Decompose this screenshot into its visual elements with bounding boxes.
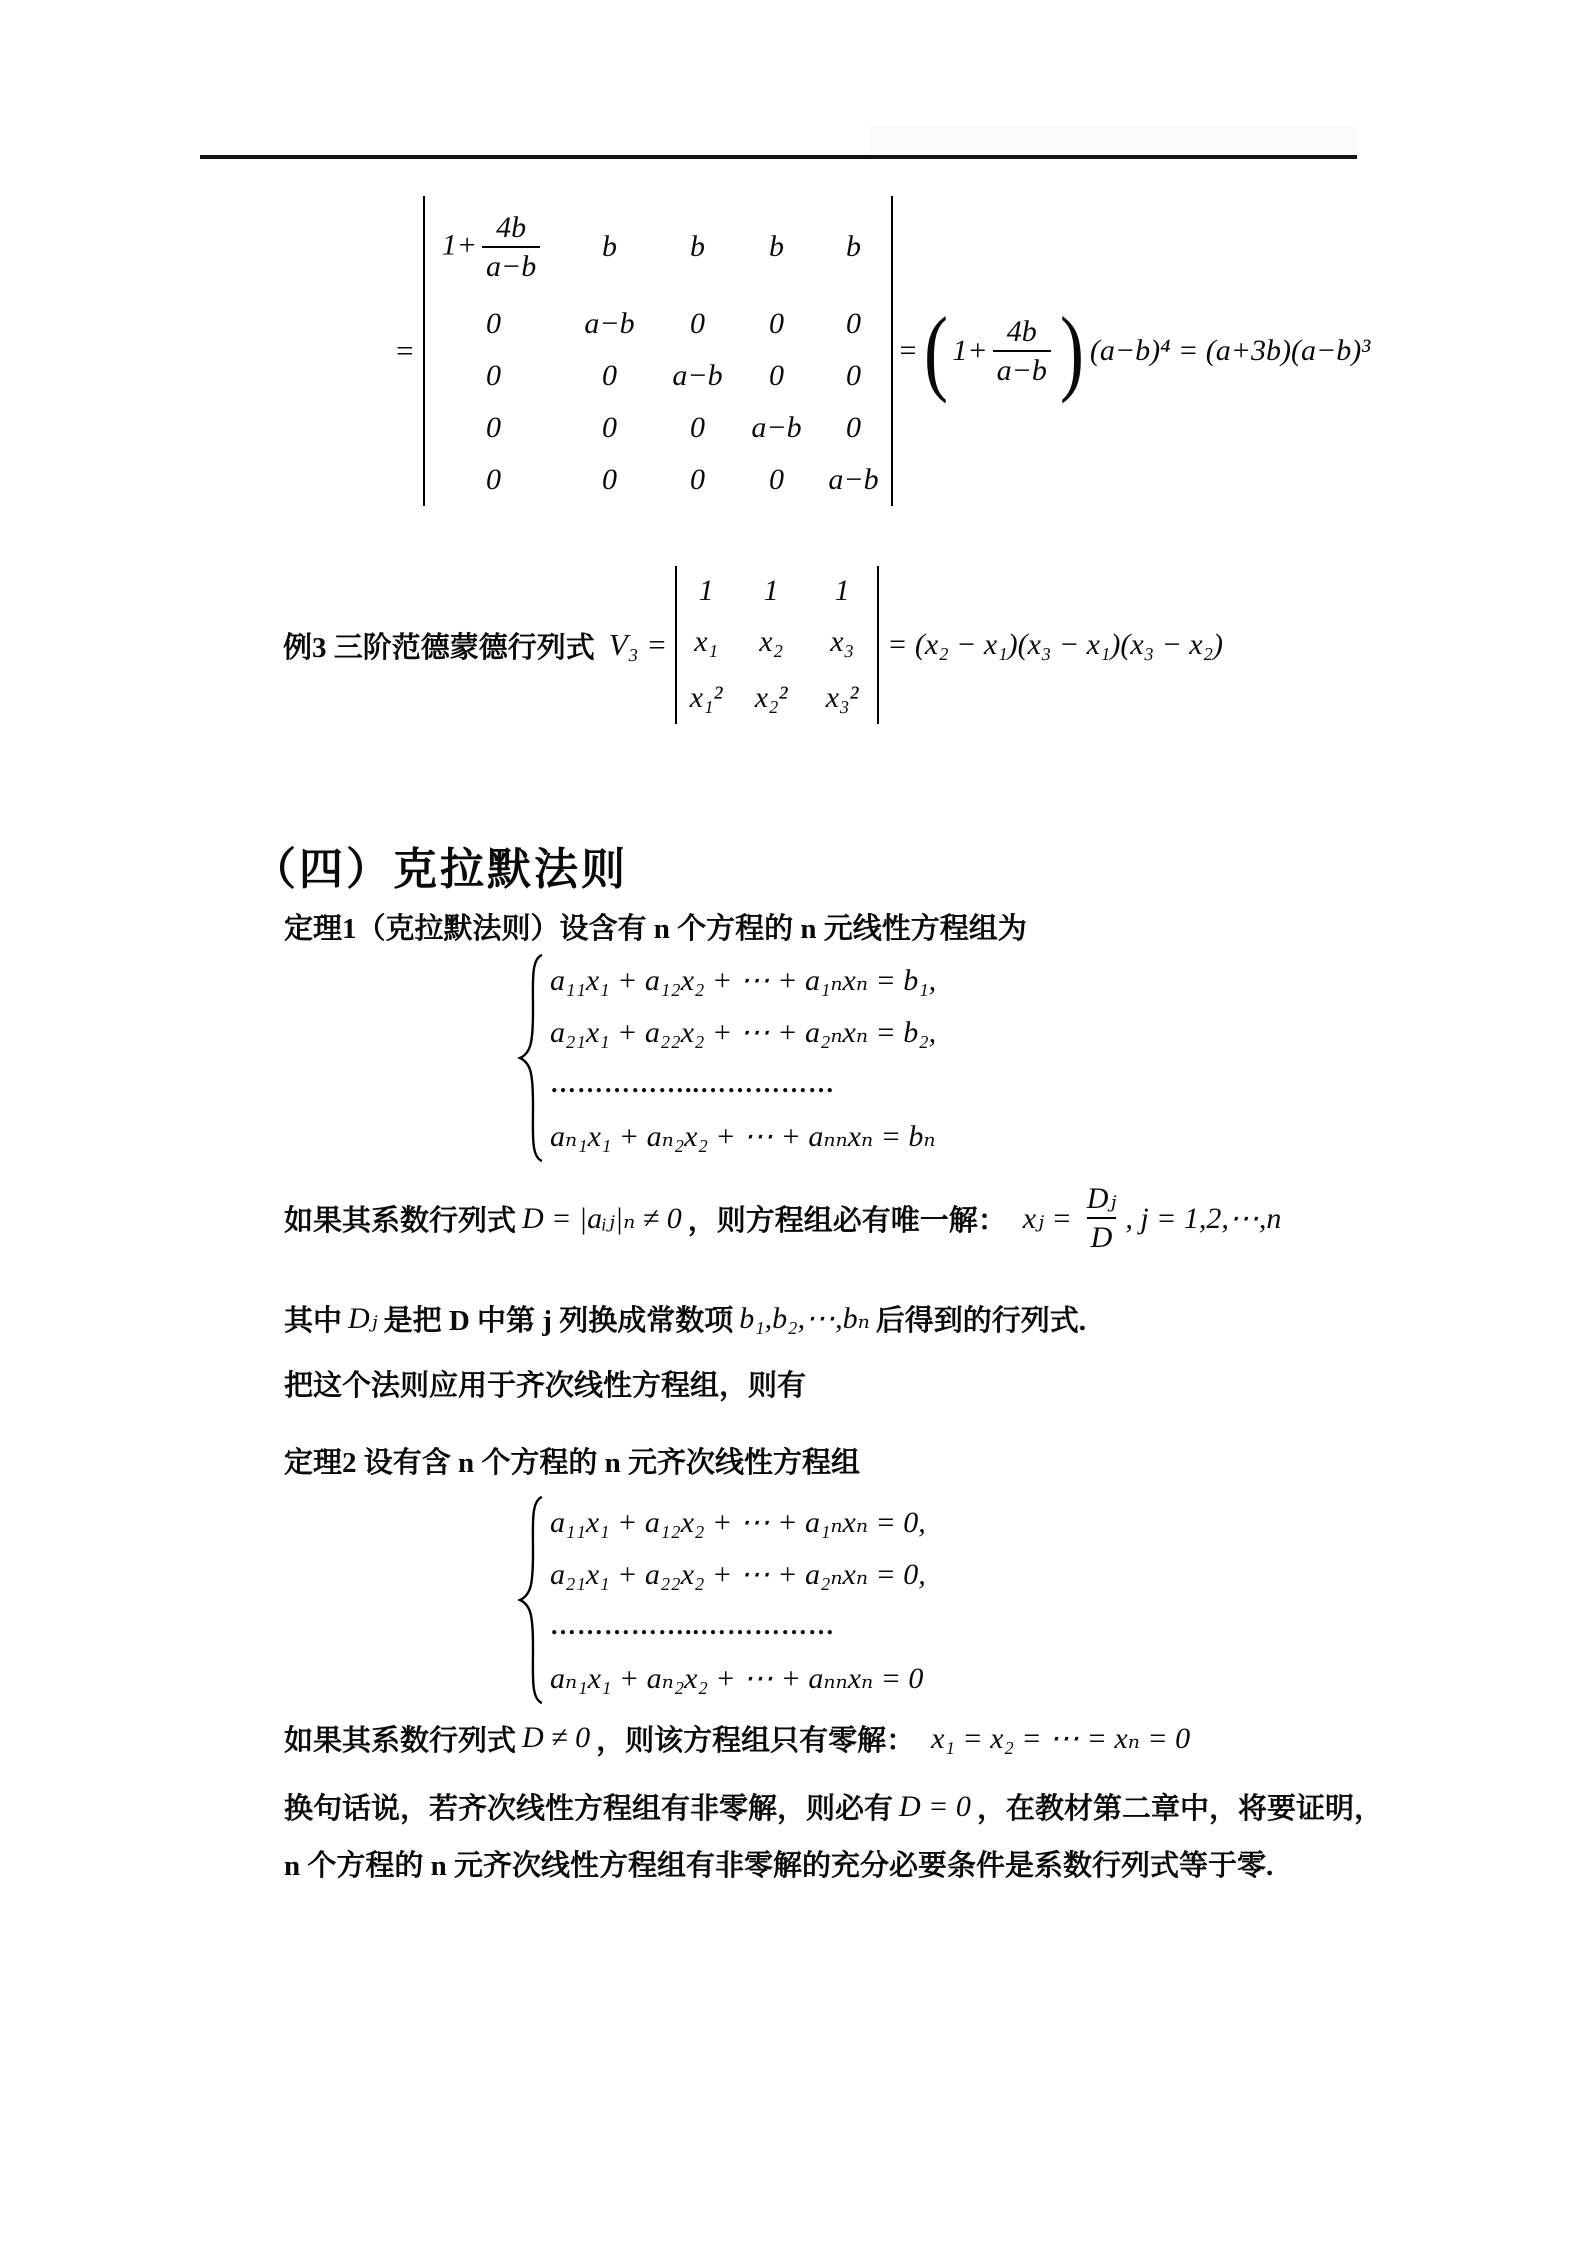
det-cell: 0 xyxy=(846,307,861,341)
det-cell-fraction: 1+4ba−b xyxy=(442,209,546,286)
closing-line-1: 换句话说，若齐次线性方程组有非零解，则必有 D = 0 ，在教材第二章中，将要证… xyxy=(284,1778,1389,1835)
determinant-equation-1: = 1+4ba−b b b b b 0 a−b 0 0 0 0 0 a−b 0 … xyxy=(396,196,1370,506)
eq1-result-tail: (a−b)⁴ = (a+3b)(a−b)³ xyxy=(1090,334,1370,368)
theorem2-statement: 定理2 设有含 n 个方程的 n 元齐次线性方程组 xyxy=(284,1440,860,1481)
det-grid: 1 1 1 x₁ x₂ x₃ x₁² x₂² x₃² xyxy=(677,566,877,724)
right-paren: ) xyxy=(1060,310,1084,392)
zero-solution-line: 如果其系数行列式 D ≠ 0 ，则该方程组只有零解： x₁ = x₂ = ⋯ =… xyxy=(284,1712,1196,1764)
system-equation: aₙ₁x₁ + aₙ₂x₂ + ⋯ + aₙₙxₙ = 0 xyxy=(550,1652,926,1704)
system-equation: a₂₁x₁ + a₂₂x₂ + ⋯ + a₂ₙxₙ = 0, xyxy=(550,1548,926,1600)
det-right-bar xyxy=(891,196,893,506)
text-segment: ，在教材第二章中，将要证明， xyxy=(977,1786,1383,1827)
text-segment: ，则方程组必有唯一解： xyxy=(688,1198,1007,1239)
det-cell: a−b xyxy=(672,359,722,393)
det-cell: 0 xyxy=(486,411,501,445)
math-segment: D = |aᵢⱼ|ₙ ≠ 0 xyxy=(522,1201,682,1236)
dj-definition-line: 其中 Dⱼ 是把 D 中第 j 列换成常数项 b₁,b₂,⋯,bₙ 后得到的行列… xyxy=(284,1292,1092,1344)
det-cell: 0 xyxy=(769,359,784,393)
fraction-numerator: Dⱼ xyxy=(1083,1180,1121,1218)
det-cell: a−b xyxy=(584,307,634,341)
math-segment: xⱼ = xyxy=(1023,1201,1072,1236)
det-cell: 0 xyxy=(690,411,705,445)
example3-rhs: = (x₂ − x₁)(x₃ − x₁)(x₃ − x₂) xyxy=(887,628,1223,662)
text-segment: 如果其系数行列式 xyxy=(284,1198,516,1239)
det-cell: x₂ xyxy=(759,625,783,659)
system-equation: a₁₁x₁ + a₁₂x₂ + ⋯ + a₁ₙxₙ = 0, xyxy=(550,1496,926,1548)
math-segment: D = 0 xyxy=(899,1790,971,1824)
example3-label: 例3 三阶范德蒙德行列式 xyxy=(283,625,595,666)
example3-lhs: V₃ = xyxy=(609,627,667,663)
det-cell: b xyxy=(846,230,861,264)
math-segment: D ≠ 0 xyxy=(522,1721,590,1755)
det-cell: a−b xyxy=(751,411,801,445)
text-segment: 是把 D 中第 j 列换成常数项 xyxy=(384,1298,734,1339)
equation-system-2: a₁₁x₁ + a₁₂x₂ + ⋯ + a₁ₙxₙ = 0, a₂₁x₁ + a… xyxy=(514,1494,926,1706)
det-right-bar xyxy=(877,566,879,724)
unique-solution-line: 如果其系数行列式 D = |aᵢⱼ|ₙ ≠ 0 ，则方程组必有唯一解： xⱼ =… xyxy=(284,1160,1287,1276)
text-segment: 其中 xyxy=(284,1298,342,1339)
left-paren: ( xyxy=(924,310,948,392)
eq1-result: = ( 1+ 4ba−b ) (a−b)⁴ = (a+3b)(a−b)³ xyxy=(899,310,1370,392)
det-cell: b xyxy=(602,230,617,264)
fraction-denominator: D xyxy=(1087,1217,1117,1257)
paren-pre: 1+ xyxy=(952,334,987,368)
equation-system-1: a₁₁x₁ + a₁₂x₂ + ⋯ + a₁ₙxₙ = b₁, a₂₁x₁ + … xyxy=(514,952,936,1164)
text-segment: ，则该方程组只有零解： xyxy=(596,1718,915,1759)
det-cell: x₃ xyxy=(830,625,854,659)
math-segment: x₁ = x₂ = ⋯ = xₙ = 0 xyxy=(931,1721,1190,1756)
text-segment: 如果其系数行列式 xyxy=(284,1718,516,1759)
det-cell: b xyxy=(690,230,705,264)
example3-block: 例3 三阶范德蒙德行列式 V₃ = 1 1 1 x₁ x₂ x₃ x₁² x₂²… xyxy=(283,566,1223,724)
apply-rule-line: 把这个法则应用于齐次线性方程组，则有 xyxy=(284,1363,806,1404)
det-cell: 1 xyxy=(764,574,779,608)
det-cell: 1 xyxy=(699,574,714,608)
header-rule xyxy=(200,155,1357,159)
math-segment: , j = 1,2,⋯,n xyxy=(1125,1201,1281,1236)
det-cell: 0 xyxy=(602,411,617,445)
det-cell: 0 xyxy=(602,359,617,393)
fraction-denominator: a−b xyxy=(993,350,1051,390)
det-grid: 1+4ba−b b b b b 0 a−b 0 0 0 0 0 a−b 0 0 … xyxy=(425,196,891,506)
det-cell: 0 xyxy=(846,411,861,445)
det-cell: x₁ xyxy=(694,625,718,659)
det-cell: 0 xyxy=(769,307,784,341)
system-equation: aₙ₁x₁ + aₙ₂x₂ + ⋯ + aₙₙxₙ = bₙ xyxy=(550,1110,936,1162)
text-segment: n 个方程的 n 元齐次线性方程组有非零解的充分必要条件是系数行列式等于零. xyxy=(284,1843,1273,1884)
section-heading: （四）克拉默法则 xyxy=(252,833,628,897)
header-placeholder-box xyxy=(870,126,1357,154)
det-cell: 0 xyxy=(486,307,501,341)
theorem1-statement: 定理1（克拉默法则）设含有 n 个方程的 n 元线性方程组为 xyxy=(284,906,1027,947)
system-rows: a₁₁x₁ + a₁₂x₂ + ⋯ + a₁ₙxₙ = 0, a₂₁x₁ + a… xyxy=(550,1496,926,1704)
det-cell: 0 xyxy=(690,463,705,497)
det-cell: x₂² xyxy=(755,681,788,715)
system-ellipsis: ……………..…………… xyxy=(550,1600,926,1652)
det-cell: x₁² xyxy=(690,681,723,715)
det-cell: 0 xyxy=(846,359,861,393)
det-cell: 0 xyxy=(486,359,501,393)
document-page: { "eq1": { "lead_eq": "=", "cell_frac": … xyxy=(0,0,1587,2245)
det-cell: b xyxy=(769,230,784,264)
text-segment: 换句话说，若齐次线性方程组有非零解，则必有 xyxy=(284,1786,893,1827)
determinant-3x3: 1 1 1 x₁ x₂ x₃ x₁² x₂² x₃² xyxy=(675,566,879,724)
equals-sign: = xyxy=(899,334,916,368)
system-equation: a₁₁x₁ + a₁₂x₂ + ⋯ + a₁ₙxₙ = b₁, xyxy=(550,954,936,1006)
det-cell: 0 xyxy=(690,307,705,341)
det-cell: a−b xyxy=(828,463,878,497)
system-ellipsis: ……………..…………… xyxy=(550,1058,936,1110)
det-cell: 0 xyxy=(602,463,617,497)
det-cell: 0 xyxy=(486,463,501,497)
math-segment: b₁,b₂,⋯,bₙ xyxy=(739,1301,870,1336)
system-equation: a₂₁x₁ + a₂₂x₂ + ⋯ + a₂ₙxₙ = b₂, xyxy=(550,1006,936,1058)
determinant-5x5: 1+4ba−b b b b b 0 a−b 0 0 0 0 0 a−b 0 0 … xyxy=(423,196,893,506)
det-cell: 0 xyxy=(769,463,784,497)
equals-sign: = xyxy=(396,333,413,369)
closing-line-2: n 个方程的 n 元齐次线性方程组有非零解的充分必要条件是系数行列式等于零. xyxy=(284,1835,1389,1892)
left-brace xyxy=(514,952,544,1164)
det-cell: x₃² xyxy=(826,681,859,715)
system-rows: a₁₁x₁ + a₁₂x₂ + ⋯ + a₁ₙxₙ = b₁, a₂₁x₁ + … xyxy=(550,954,936,1162)
text-segment: 后得到的行列式. xyxy=(876,1298,1086,1339)
left-brace xyxy=(514,1494,544,1706)
det-cell: 1 xyxy=(835,574,850,608)
closing-paragraph: 换句话说，若齐次线性方程组有非零解，则必有 D = 0 ，在教材第二章中，将要证… xyxy=(284,1778,1389,1892)
math-segment: Dⱼ xyxy=(348,1301,378,1336)
fraction-numerator: 4b xyxy=(1003,313,1041,351)
